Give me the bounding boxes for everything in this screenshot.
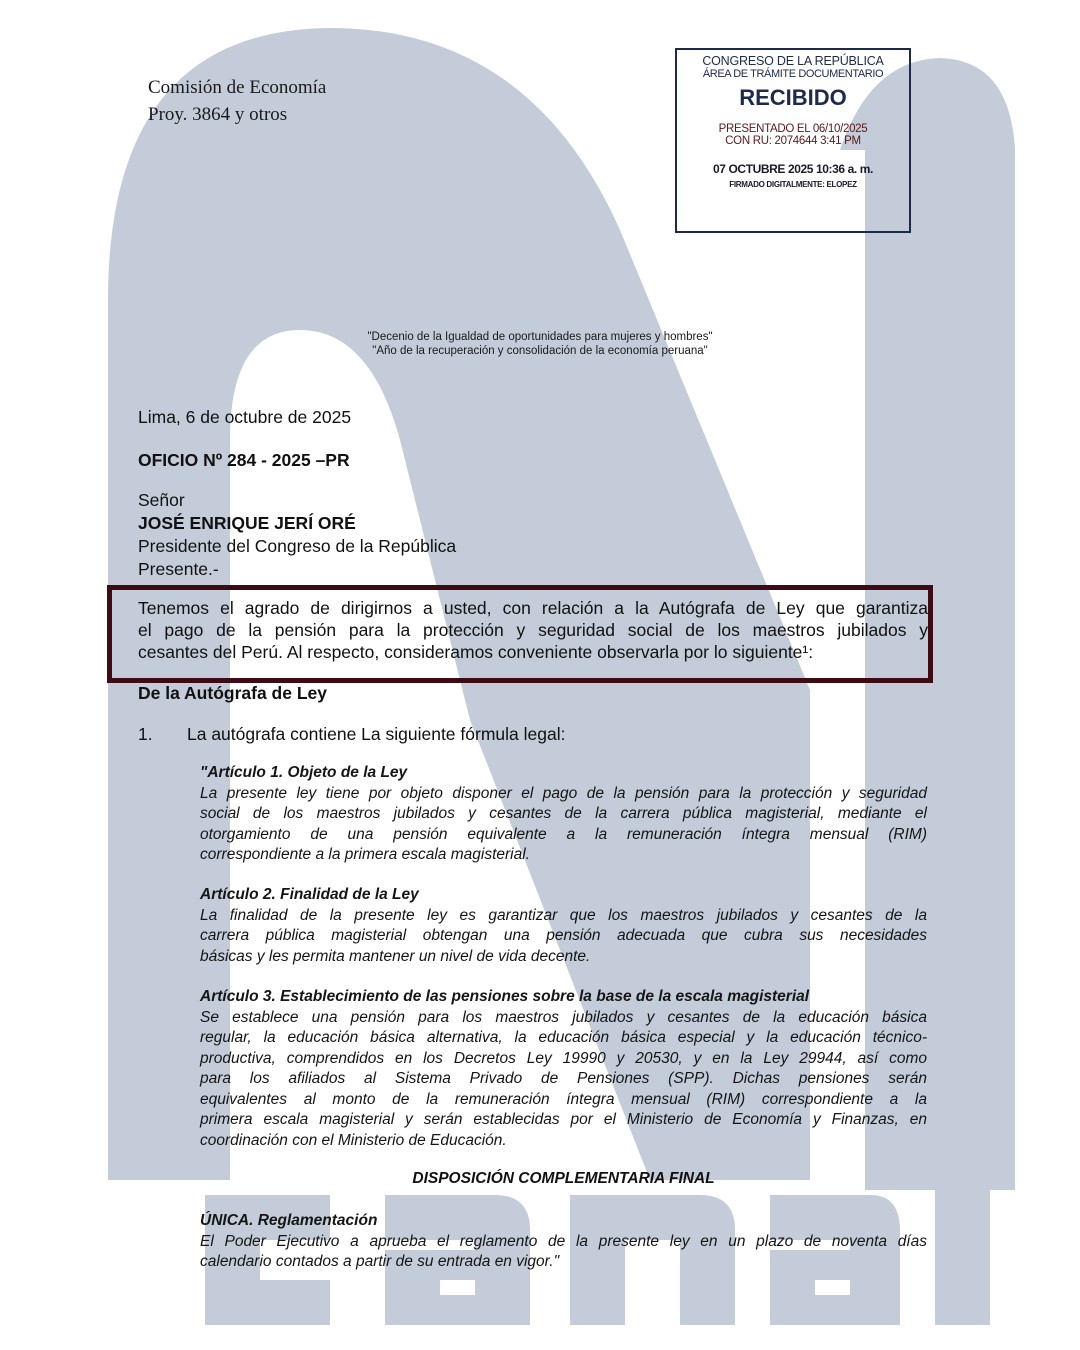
provision-title: ÚNICA. Reglamentación (200, 1211, 927, 1232)
committee-name: Comisión de Economía (148, 74, 326, 101)
intro-line: cesantes del Perú. Al respecto, consider… (138, 641, 928, 663)
article-line: coordinación con el Ministerio de Educac… (200, 1131, 927, 1152)
committee-header: Comisión de Economía Proy. 3864 y otros (148, 74, 326, 128)
article-title: Artículo 2. Finalidad de la Ley (200, 885, 927, 906)
section-title: De la Autógrafa de Ley (138, 683, 327, 704)
official-mottos: "Decenio de la Igualdad de oportunidades… (0, 330, 1080, 358)
intro-line: Tenemos el agrado de dirigirnos a usted,… (138, 597, 928, 619)
article-line: básicas y les permita mantener un nivel … (200, 947, 927, 968)
item-number: 1. (138, 724, 187, 745)
article-line: otorgamiento de una pensión equivalente … (200, 825, 927, 846)
article-1: "Artículo 1. Objeto de la Ley La present… (200, 763, 927, 866)
item-text: La autógrafa contiene La siguiente fórmu… (187, 724, 565, 744)
stamp-ru-number: CON RU: 2074644 3:41 PM (677, 135, 909, 147)
article-line: regular, la educación básica alternativa… (200, 1028, 927, 1049)
article-line: productiva, comprendidos en los Decretos… (200, 1049, 927, 1070)
article-line: La presente ley tiene por objeto dispone… (200, 784, 927, 805)
article-line: primera escala magisterial y serán estab… (200, 1110, 927, 1131)
article-line: social de los maestros jubilados y cesan… (200, 804, 927, 825)
stamp-institution: CONGRESO DE LA REPÚBLICA (677, 54, 909, 68)
list-item: 1.La autógrafa contiene La siguiente fór… (138, 724, 565, 745)
provision-line: calendario contados a partir de su entra… (200, 1252, 927, 1273)
official-letter-document: Comisión de Economía Proy. 3864 y otros … (0, 0, 1080, 1350)
final-provision-heading: DISPOSICIÓN COMPLEMENTARIA FINAL (200, 1170, 927, 1188)
article-title: "Artículo 1. Objeto de la Ley (200, 763, 927, 784)
stamp-area: ÁREA DE TRÁMITE DOCUMENTARIO (677, 68, 909, 80)
project-number: Proy. 3864 y otros (148, 101, 326, 128)
recipient-name: JOSÉ ENRIQUE JERÍ ORÉ (138, 512, 456, 535)
article-title: Artículo 3. Establecimiento de las pensi… (200, 987, 927, 1008)
article-line: La finalidad de la presente ley es garan… (200, 906, 927, 927)
stamp-received-at: 07 OCTUBRE 2025 10:36 a. m. (677, 162, 909, 176)
salutation: Señor (138, 489, 456, 512)
article-2: Artículo 2. Finalidad de la Ley La final… (200, 885, 927, 967)
place-date: Lima, 6 de octubre de 2025 (138, 407, 351, 428)
article-line: carrera pública magisterial obtengan una… (200, 926, 927, 947)
stamp-signature: FIRMADO DIGITALMENTE: ELOPEZ (677, 180, 909, 189)
recipient-title: Presidente del Congreso de la República (138, 535, 456, 558)
article-line: correspondiente a la primera escala magi… (200, 845, 927, 866)
provision-line: El Poder Ejecutivo a aprueba el reglamen… (200, 1232, 927, 1253)
article-line: equivalentes al monto de la remuneración… (200, 1090, 927, 1111)
stamp-status: RECIBIDO (677, 85, 909, 111)
article-line: para los afiliados al Sistema Privado de… (200, 1069, 927, 1090)
reception-stamp: CONGRESO DE LA REPÚBLICA ÁREA DE TRÁMITE… (675, 48, 911, 233)
recipient-block: Señor JOSÉ ENRIQUE JERÍ ORÉ Presidente d… (138, 489, 456, 581)
presente: Presente.- (138, 558, 456, 581)
article-3: Artículo 3. Establecimiento de las pensi… (200, 987, 927, 1151)
intro-paragraph: Tenemos el agrado de dirigirnos a usted,… (138, 597, 928, 663)
motto-decade: "Decenio de la Igualdad de oportunidades… (0, 330, 1080, 344)
intro-line: el pago de la pensión para la protección… (138, 619, 928, 641)
motto-year: "Año de la recuperación y consolidación … (0, 344, 1080, 358)
final-provision: ÚNICA. Reglamentación El Poder Ejecutivo… (200, 1211, 927, 1273)
oficio-number: OFICIO Nº 284 - 2025 –PR (138, 450, 350, 471)
stamp-presented-date: PRESENTADO EL 06/10/2025 (677, 123, 909, 135)
article-line: Se establece una pensión para los maestr… (200, 1008, 927, 1029)
